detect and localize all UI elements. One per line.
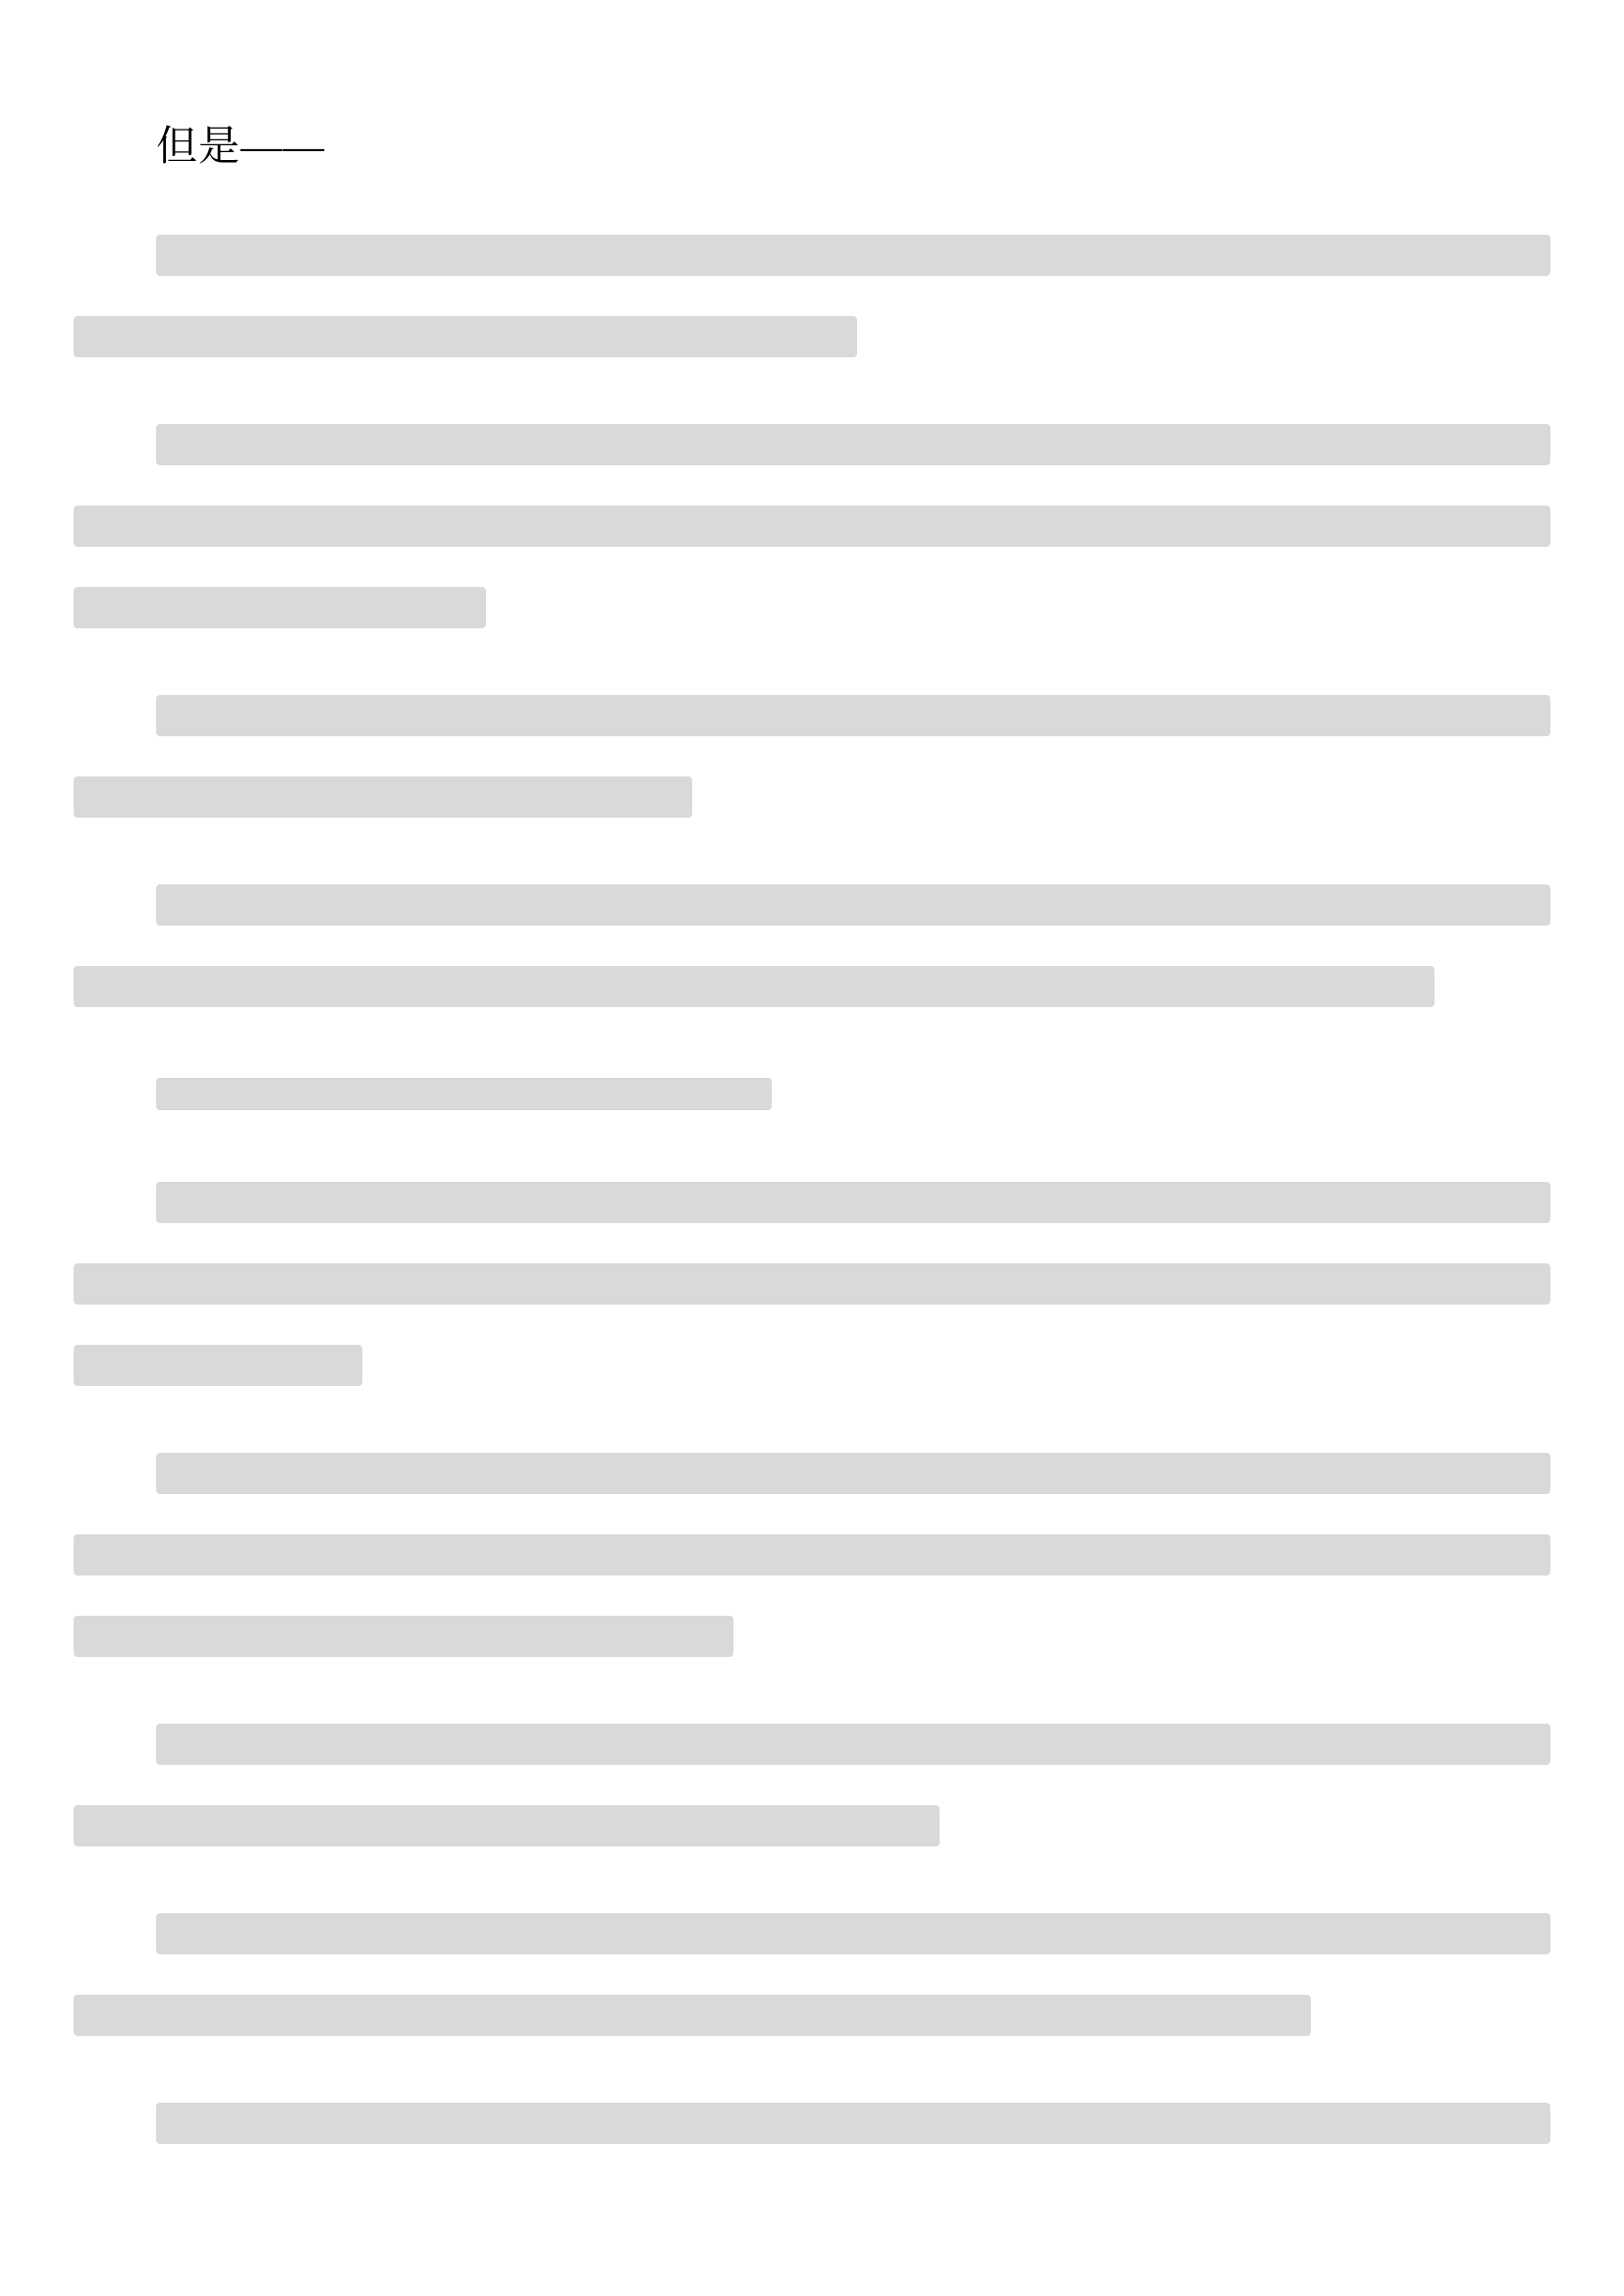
- redaction-bar: [74, 1534, 1550, 1575]
- line-text: 但是——: [156, 127, 325, 168]
- paragraph: [74, 864, 1550, 1027]
- redacted-text-line: [74, 1432, 1550, 1514]
- paragraph: 但是——: [74, 106, 1550, 187]
- paragraph: [74, 403, 1550, 648]
- paragraph: [74, 674, 1550, 837]
- redacted-text-line: [74, 756, 1550, 837]
- redacted-text-line: [74, 1703, 1550, 1785]
- paragraph: [74, 1893, 1550, 2056]
- paragraph: [74, 1703, 1550, 1866]
- redaction-bar: [74, 1995, 1311, 2036]
- redaction-bar: [156, 1453, 1550, 1494]
- paragraph: [74, 2082, 1550, 2163]
- redaction-bar: [156, 1078, 772, 1110]
- redacted-text-line: [74, 674, 1550, 756]
- redaction-bar: [74, 1263, 1550, 1305]
- redaction-bar: [156, 884, 1550, 926]
- redacted-text-line: [74, 2082, 1550, 2163]
- redacted-text-line: [74, 214, 1550, 295]
- redaction-bar: [74, 316, 857, 357]
- paragraph: [74, 1053, 1550, 1135]
- redacted-text-line: [74, 1053, 1550, 1135]
- redacted-text-line: [74, 1324, 1550, 1406]
- redaction-bar: [74, 1616, 733, 1657]
- paragraph: [74, 214, 1550, 377]
- text-body: 但是——: [74, 106, 1550, 2163]
- redaction-bar: [156, 424, 1550, 465]
- redacted-text-line: [74, 864, 1550, 945]
- redaction-bar: [156, 2103, 1550, 2144]
- redaction-bar: [156, 235, 1550, 276]
- redacted-text-line: [74, 1893, 1550, 1974]
- redacted-text-line: [74, 485, 1550, 566]
- document-page: 但是——: [0, 0, 1624, 2296]
- redacted-text-line: [74, 1514, 1550, 1595]
- redacted-text-line: [74, 1243, 1550, 1324]
- redaction-bar: [74, 587, 486, 628]
- redacted-text-line: [74, 1161, 1550, 1243]
- text-line: 但是——: [74, 106, 1550, 187]
- redaction-bar: [156, 1913, 1550, 1954]
- redacted-text-line: [74, 945, 1550, 1027]
- redaction-bar: [156, 1182, 1550, 1223]
- redacted-text-line: [74, 1785, 1550, 1866]
- redacted-text-line: [74, 566, 1550, 648]
- redaction-bar: [74, 1345, 362, 1386]
- redaction-bar: [156, 1724, 1550, 1765]
- redacted-text-line: [74, 1974, 1550, 2056]
- paragraph: [74, 1161, 1550, 1406]
- redaction-bar: [74, 776, 692, 818]
- redacted-text-line: [74, 295, 1550, 377]
- redaction-bar: [74, 966, 1435, 1007]
- redacted-text-line: [74, 1595, 1550, 1677]
- redaction-bar: [74, 506, 1550, 547]
- redaction-bar: [74, 1805, 940, 1846]
- redaction-bar: [156, 695, 1550, 736]
- paragraph: [74, 1432, 1550, 1677]
- redacted-text-line: [74, 403, 1550, 485]
